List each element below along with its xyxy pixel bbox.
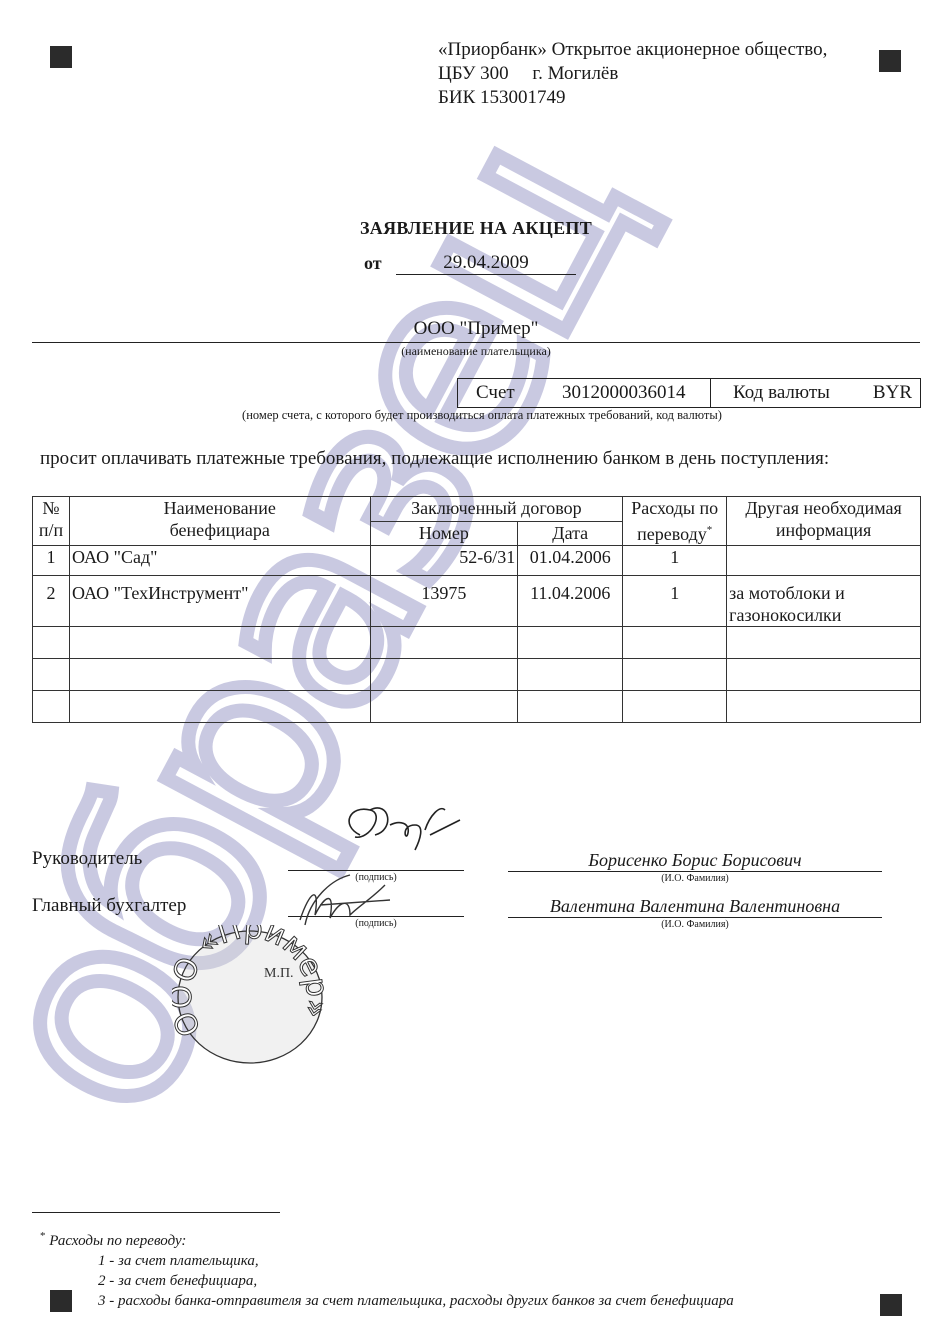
svg-text:М.П.: М.П. bbox=[264, 966, 294, 981]
director-name: Борисенко Борис Борисович bbox=[508, 850, 882, 871]
date-label: от bbox=[364, 253, 382, 274]
row-fees: 1 bbox=[623, 546, 727, 576]
row-fees: 1 bbox=[623, 576, 727, 627]
registration-mark-top-right bbox=[879, 50, 901, 72]
currency-label: Код валюты bbox=[711, 382, 830, 404]
footnote-divider bbox=[32, 1212, 280, 1213]
bank-branch: ЦБУ 300 г. Могилёв bbox=[438, 62, 827, 86]
account-number: 3012000036014 bbox=[546, 382, 686, 404]
row-beneficiary: ОАО "ТехИнструмент" bbox=[69, 576, 370, 627]
director-name-caption: (И.О. Фамилия) bbox=[508, 873, 882, 884]
table-row: 2 ОАО "ТехИнструмент" 13975 11.04.2006 1… bbox=[33, 576, 921, 627]
accountant-label: Главный бухгалтер bbox=[32, 895, 186, 917]
row-other-info bbox=[727, 546, 921, 576]
table-row-empty bbox=[33, 659, 921, 691]
table-row: 1 ОАО "Сад" 52-6/31 01.04.2006 1 bbox=[33, 546, 921, 576]
row-contract-date: 11.04.2006 bbox=[518, 576, 623, 627]
header-other-info: Другая необходимаяинформация bbox=[727, 497, 921, 546]
document-title: ЗАЯВЛЕНИЕ НА АКЦЕПТ bbox=[0, 218, 952, 239]
header-contract-number: Номер bbox=[370, 522, 518, 546]
header-num: №п/п bbox=[33, 497, 70, 546]
row-contract-number: 13975 bbox=[370, 576, 518, 627]
row-num: 2 bbox=[33, 576, 70, 627]
bank-details: «Приорбанк» Открытое акционерное обществ… bbox=[438, 38, 827, 110]
payer-name: ООО "Пример" bbox=[32, 318, 920, 340]
company-stamp: ООО «Пример» М.П. bbox=[172, 925, 332, 1065]
header-contract-date: Дата bbox=[518, 522, 623, 546]
account-caption: (номер счета, с которого будет производи… bbox=[32, 408, 932, 423]
registration-mark-top-left bbox=[50, 46, 72, 68]
footnote-item: 1 - за счет плательщика, bbox=[40, 1251, 734, 1271]
currency-code: BYR bbox=[873, 382, 920, 404]
payer-underline bbox=[32, 342, 920, 343]
accountant-signature-icon bbox=[290, 870, 400, 930]
bank-name: «Приорбанк» Открытое акционерное обществ… bbox=[438, 38, 827, 62]
accountant-name: Валентина Валентина Валентиновна bbox=[508, 896, 882, 917]
director-label: Руководитель bbox=[32, 848, 142, 870]
row-contract-date: 01.04.2006 bbox=[518, 546, 623, 576]
row-num: 1 bbox=[33, 546, 70, 576]
registration-mark-bottom-right bbox=[880, 1294, 902, 1316]
document-date: 29.04.2009 bbox=[396, 252, 576, 274]
row-contract-number: 52-6/31 bbox=[370, 546, 518, 576]
table-row-empty bbox=[33, 627, 921, 659]
header-contract: Заключенный договор bbox=[370, 497, 623, 522]
request-text: просит оплачивать платежные требования, … bbox=[40, 448, 829, 470]
table-row-empty bbox=[33, 691, 921, 723]
header-fees: Расходы попереводу* bbox=[623, 497, 727, 546]
footnote: * Расходы по переводу: 1 - за счет плате… bbox=[40, 1226, 734, 1311]
footnote-item: 2 - за счет бенефициара, bbox=[40, 1271, 734, 1291]
account-box: Счет 3012000036014 Код валюты BYR bbox=[457, 378, 921, 408]
row-other-info: за мотоблоки игазонокосилки bbox=[727, 576, 921, 627]
row-beneficiary: ОАО "Сад" bbox=[69, 546, 370, 576]
bank-bik: БИК 153001749 bbox=[438, 86, 827, 110]
date-underline bbox=[396, 274, 576, 275]
payment-requests-table: №п/п Наименованиебенефициара Заключенный… bbox=[32, 496, 921, 723]
director-name-line bbox=[508, 871, 882, 872]
footnote-item: 3 - расходы банка-отправителя за счет пл… bbox=[40, 1291, 734, 1311]
payer-caption: (наименование плательщика) bbox=[32, 344, 920, 359]
header-beneficiary: Наименованиебенефициара bbox=[69, 497, 370, 546]
accountant-name-caption: (И.О. Фамилия) bbox=[508, 919, 882, 930]
account-label: Счет bbox=[458, 382, 546, 404]
footnote-title: Расходы по переводу: bbox=[49, 1233, 186, 1249]
director-signature-icon bbox=[330, 795, 470, 865]
accountant-name-line bbox=[508, 917, 882, 918]
